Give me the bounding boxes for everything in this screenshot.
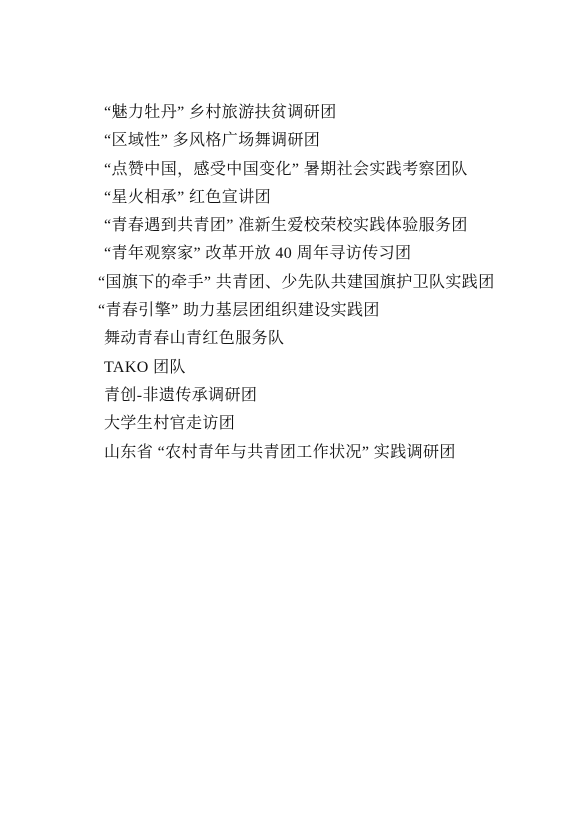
team-name-line: 青创-非遗传承调研团 xyxy=(104,382,495,410)
team-name-line: 舞动青春山青红色服务队 xyxy=(104,325,495,353)
team-name-line: 大学生村官走访团 xyxy=(104,410,495,438)
team-name-list: “魅力牡丹” 乡村旅游扶贫调研团 “区域性” 多风格广场舞调研团 “点赞中国，感… xyxy=(104,99,495,467)
team-name-line: “魅力牡丹” 乡村旅游扶贫调研团 xyxy=(104,99,495,127)
team-name-line: “星火相承” 红色宣讲团 xyxy=(104,184,495,212)
team-name-line: “青春引擎” 助力基层团组织建设实践团 xyxy=(98,297,495,325)
team-name-line: “区域性” 多风格广场舞调研团 xyxy=(104,127,495,155)
document-page: “魅力牡丹” 乡村旅游扶贫调研团 “区域性” 多风格广场舞调研团 “点赞中国，感… xyxy=(0,0,588,833)
team-name-line: “点赞中国，感受中国变化” 暑期社会实践考察团队 xyxy=(104,156,495,184)
team-name-line: “国旗下的牵手” 共青团、少先队共建国旗护卫队实践团 xyxy=(98,269,495,297)
team-name-line: “青年观察家” 改革开放 40 周年寻访传习团 xyxy=(104,240,495,268)
team-name-line: 山东省 “农村青年与共青团工作状况” 实践调研团 xyxy=(104,439,495,467)
team-name-line: “青春遇到共青团” 准新生爱校荣校实践体验服务团 xyxy=(104,212,495,240)
team-name-line: TAKO 团队 xyxy=(104,354,495,382)
